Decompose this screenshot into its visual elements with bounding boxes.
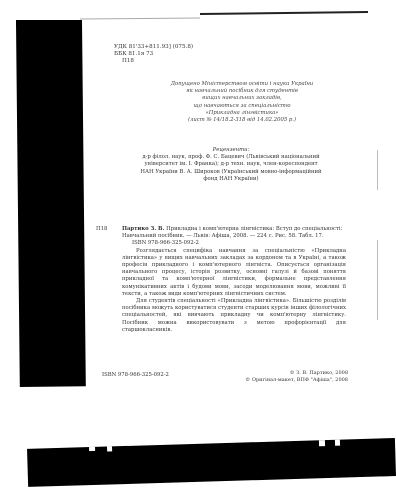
bbk-code: ББК 81.1я 73 <box>114 51 193 58</box>
author-sign: П18 <box>114 58 193 65</box>
approval-line: як навчальний посібник для студентів <box>142 88 342 95</box>
reviewer-line: фонд НАН України) <box>116 176 346 183</box>
book-imprint-page: УДК 81'33+811.93] (075.8) ББК 81.1я 73 П… <box>82 24 378 444</box>
biblio-code: П18 <box>96 226 107 233</box>
scan-border-left <box>16 21 86 387</box>
reviewers-block: Рецензенти: д-р філол. наук, проф. Ф. С.… <box>116 147 346 183</box>
copyright-line: © Оригінал-макет, ВПФ "Афіша", 2008 <box>232 377 348 384</box>
biblio-isbn: ISBN 978-966-325-092-2 <box>122 240 346 247</box>
abstract-paragraph: Розглядається специфіка навчання за спец… <box>122 248 346 298</box>
reviewer-line: НАН України В. А. Широков (Український м… <box>116 169 346 176</box>
biblio-illustrations: Рис. 58. Табл. 17. <box>275 233 324 239</box>
scan-border-bottom <box>27 438 396 487</box>
scan-page-edge-top-faint <box>80 17 200 19</box>
approval-line: вищих навчальних закладів, <box>142 95 342 102</box>
copyright-block: © З. В. Партико, 2008 © Оригінал-макет, … <box>232 370 348 384</box>
ministry-approval: Допущено Міністерством освіти і науки Ук… <box>142 81 342 124</box>
scan-page-edge-top <box>200 11 368 15</box>
abstract-paragraph: Для студентів спеціальності «Прикладна л… <box>122 298 346 334</box>
approval-line: «Прикладна лінгвістика» <box>142 110 342 117</box>
scan-gutter-line <box>78 28 80 348</box>
footer-isbn: ISBN 978-966-325-092-2 <box>102 372 169 378</box>
classification-block: УДК 81'33+811.93] (075.8) ББК 81.1я 73 П… <box>114 44 193 65</box>
approval-line: (лист № 14/18.2-318 від 14.02.2005 р.) <box>142 117 342 124</box>
copyright-line: © З. В. Партико, 2008 <box>232 370 348 377</box>
bibliographic-record: П18 Партико З. В. Прикладна і комп'ютерн… <box>96 226 346 334</box>
reviewer-line: університет ім. І. Франка); д-р техн. на… <box>116 161 346 168</box>
udc-code: УДК 81'33+811.93] (075.8) <box>114 44 193 51</box>
biblio-author: Партико З. В. <box>122 226 164 232</box>
approval-line: що навчаються за спеціальністю <box>142 103 342 110</box>
